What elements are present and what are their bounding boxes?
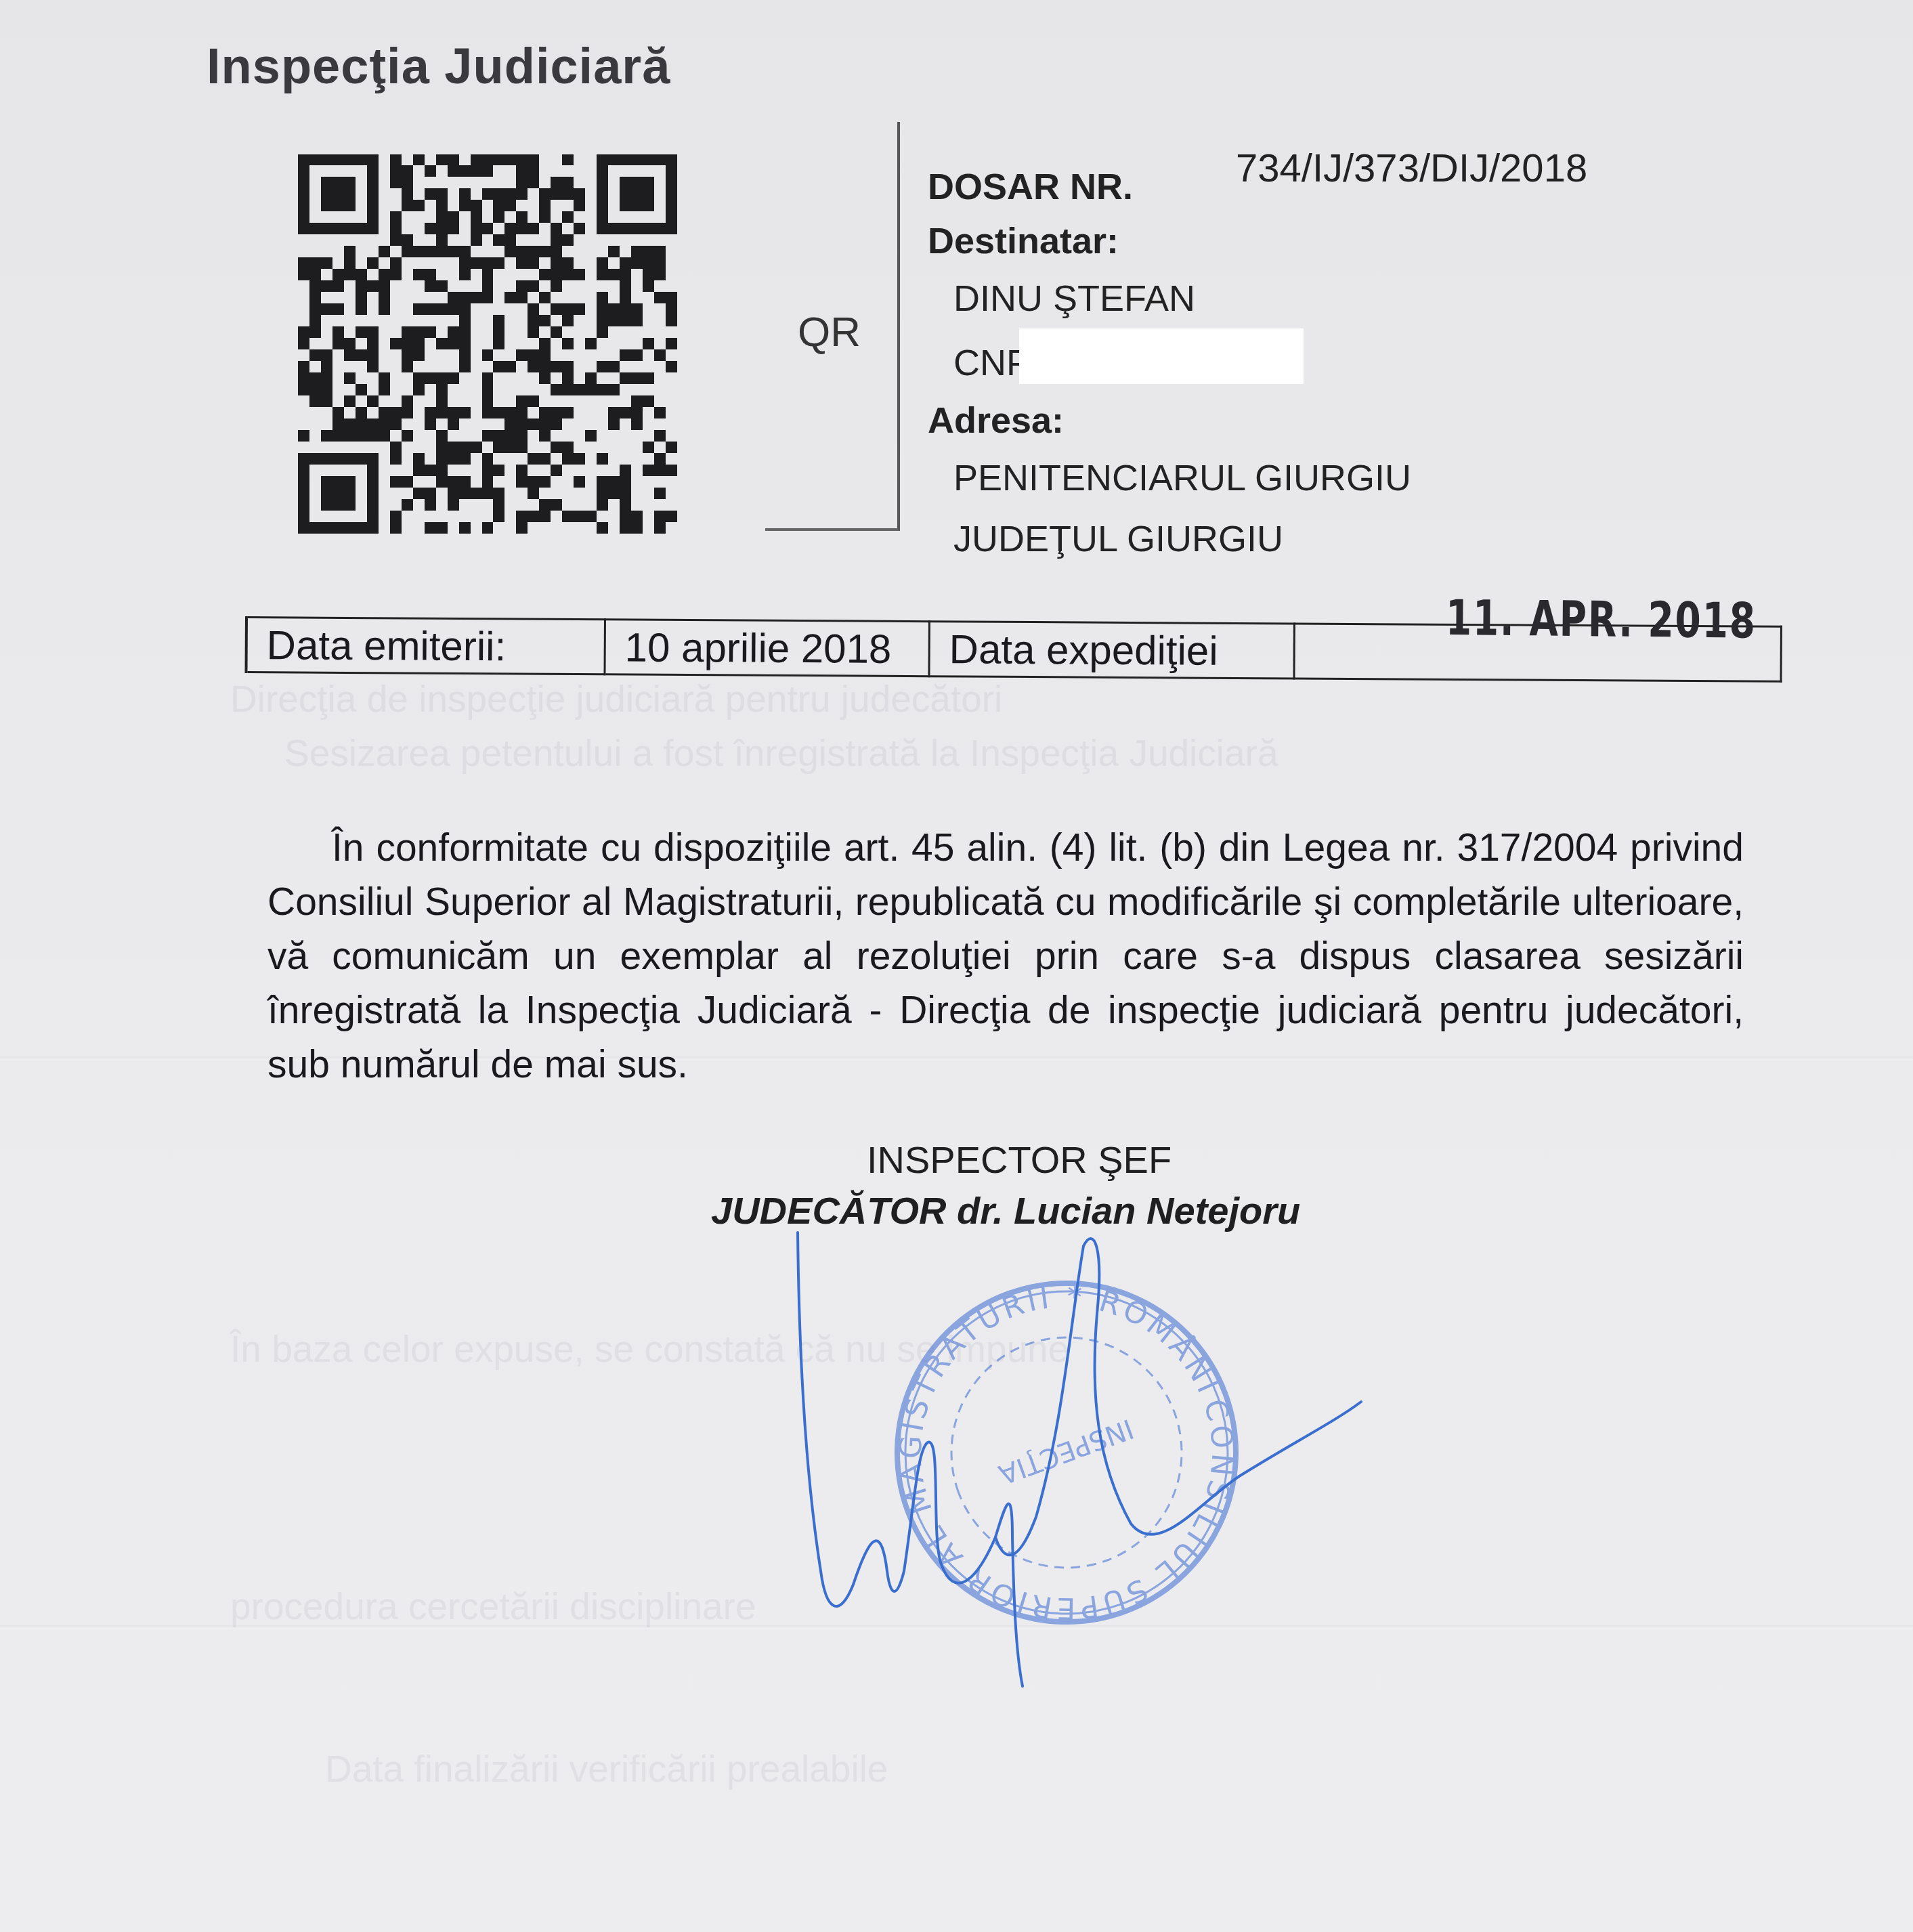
address-label: Adresa: bbox=[928, 400, 1064, 442]
qr-code bbox=[298, 152, 677, 535]
cnp-redacted bbox=[1019, 328, 1304, 384]
recipient-label: Destinatar: bbox=[928, 220, 1119, 262]
issue-date-label: Data emiterii: bbox=[246, 618, 605, 674]
dosar-number: 734/IJ/373/DIJ/2018 bbox=[1236, 146, 1587, 191]
address-line-1: PENITENCIARUL GIURGIU bbox=[953, 457, 1411, 499]
issue-date-value: 10 aprilie 2018 bbox=[605, 620, 929, 677]
qr-label: QR bbox=[798, 308, 861, 356]
bleed-through-text: Sesizarea petentului a fost înregistrată… bbox=[284, 731, 1278, 775]
dosar-label: DOSAR NR. bbox=[928, 166, 1133, 208]
handwritten-signature-icon bbox=[779, 1219, 1388, 1693]
signatory-title: INSPECTOR ŞEF bbox=[867, 1138, 1172, 1182]
body-paragraph: În conformitate cu dispoziţiile art. 45 … bbox=[267, 821, 1744, 1092]
dispatch-date-label: Data expediţiei bbox=[929, 622, 1294, 679]
bleed-through-text: procedura cercetării disciplinare bbox=[230, 1585, 756, 1628]
recipient-name: DINU ŞTEFAN bbox=[953, 278, 1195, 320]
address-line-2: JUDEŢUL GIURGIU bbox=[953, 518, 1283, 560]
bleed-through-text: Direcţia de inspecţie judiciară pentru j… bbox=[230, 677, 1002, 721]
dispatch-date-stamp: 11. APR. 2018 bbox=[1446, 589, 1757, 649]
institution-title: Inspecţia Judiciară bbox=[207, 37, 670, 95]
body-text: În conformitate cu dispoziţiile art. 45 … bbox=[267, 821, 1744, 1092]
bleed-through-text: Data finalizării verificării prealabile bbox=[325, 1747, 888, 1790]
